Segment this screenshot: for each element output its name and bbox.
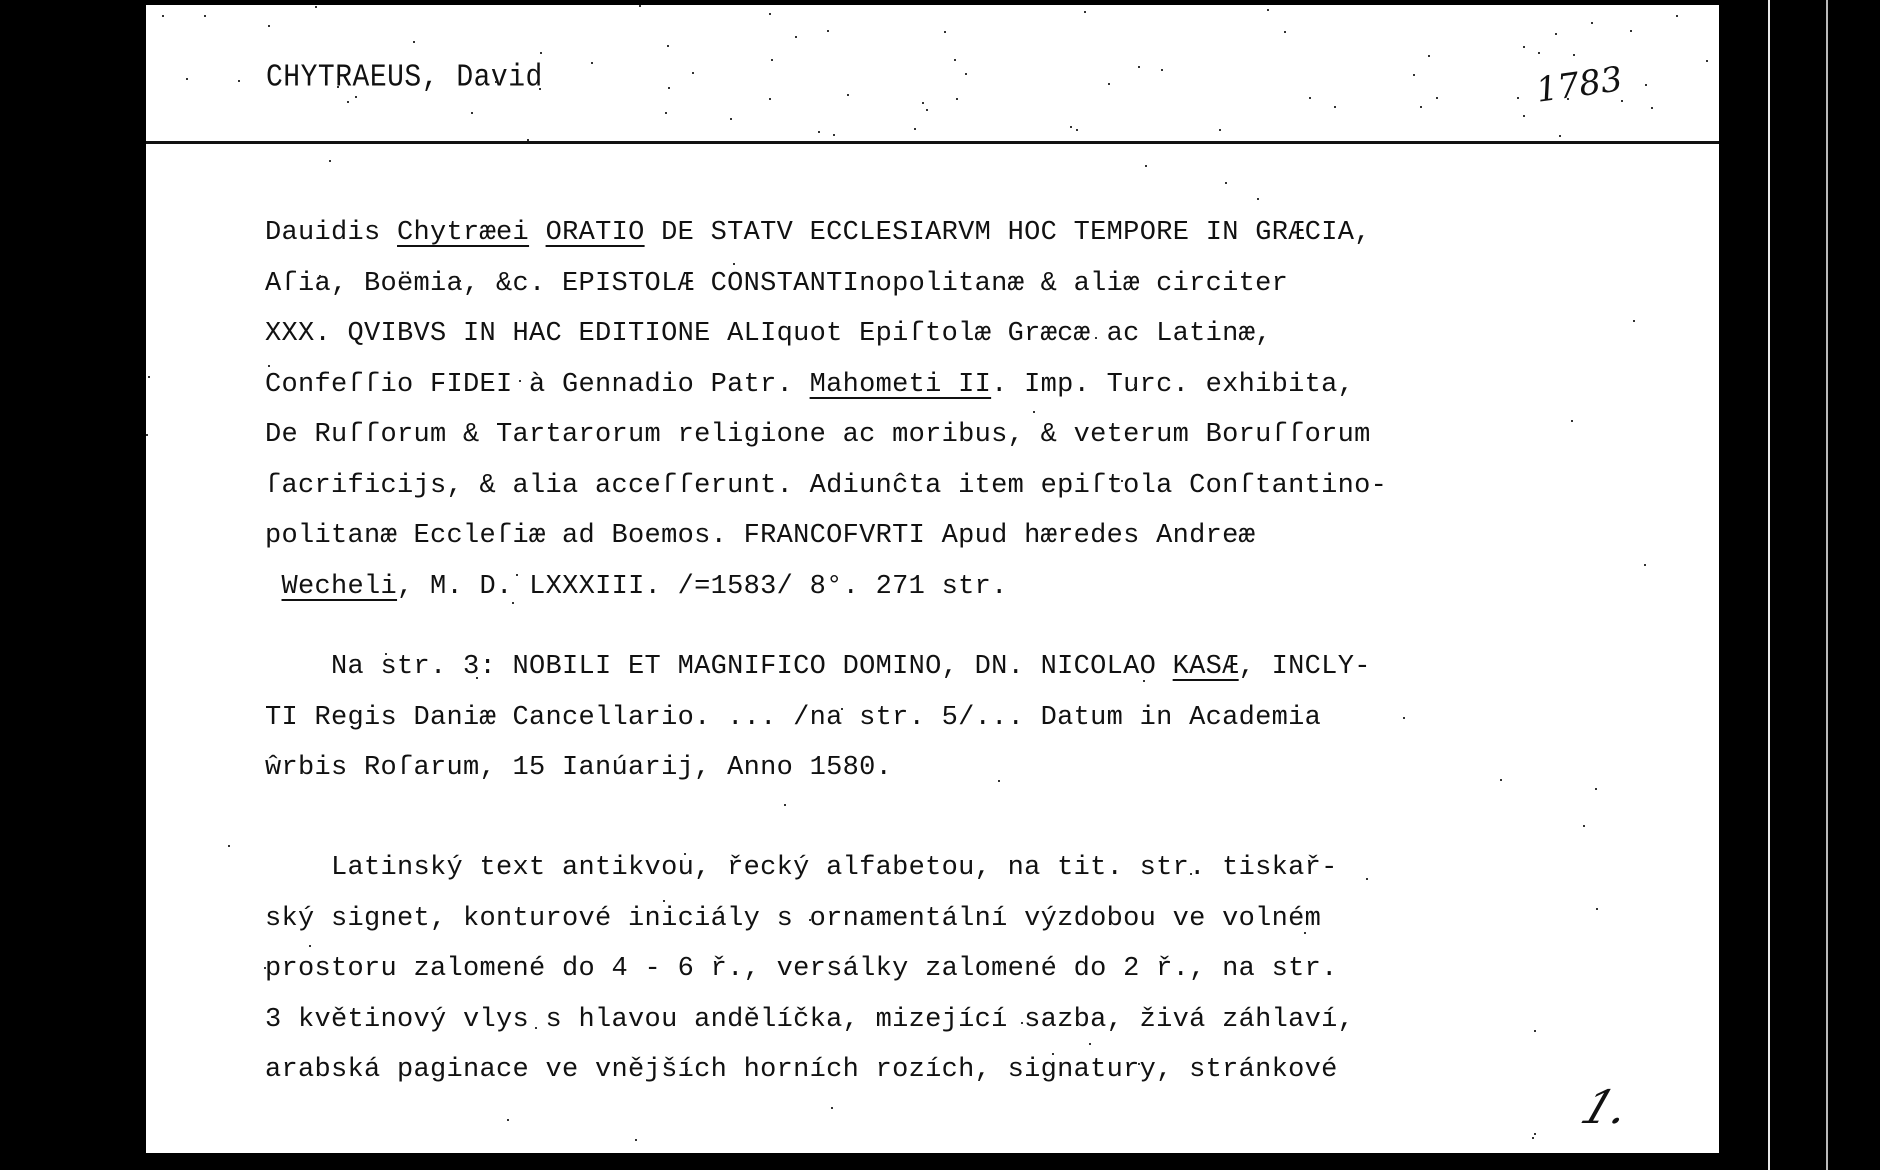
underlined-term: ORATIO bbox=[546, 218, 645, 248]
text-line: 3 květinový vlys s hlavou andělíčka, miz… bbox=[265, 995, 1685, 1046]
text-line: ŵrbis Roſarum, 15 Ianúarij, Anno 1580. bbox=[265, 743, 1685, 794]
underlined-term: KASÆ bbox=[1173, 652, 1239, 682]
underlined-term: Mahometi II bbox=[810, 370, 992, 400]
catalog-card: CHYTRAEUS, David 1783 Dauidis Chytræei O… bbox=[146, 5, 1719, 1153]
text-line: Wecheli, M. D. LXXXIII. /=1583/ 8°. 271 … bbox=[265, 562, 1685, 613]
text-line: ský signet, konturové iniciály s ornamen… bbox=[265, 894, 1685, 945]
heading-divider bbox=[146, 141, 1719, 144]
text-line: arabská paginace ve vnějších horních roz… bbox=[265, 1045, 1685, 1096]
typographic-description: Latinský text antikvou, řecký alfabetou,… bbox=[265, 843, 1685, 1096]
text-line: De Ruſſorum & Tartarorum religione ac mo… bbox=[265, 410, 1685, 461]
scan-artifact-line bbox=[1768, 0, 1770, 1170]
handwritten-catalog-number: 1783 bbox=[1534, 59, 1625, 111]
text-line: Aſia, Boëmia, &c. EPISTOLÆ CONSTANTInopo… bbox=[265, 259, 1685, 310]
text-line: Na str. 3: NOBILI ET MAGNIFICO DOMINO, D… bbox=[265, 642, 1685, 693]
text-line: Dauidis Chytræei ORATIO DE STATV ECCLESI… bbox=[265, 208, 1685, 259]
underlined-term: Wecheli bbox=[282, 572, 398, 602]
text-line: ſacrificijs, & alia acceſſerunt. Adiunĉt… bbox=[265, 461, 1685, 512]
underlined-term: Chytræei bbox=[397, 218, 529, 248]
text-line: TI Regis Daniæ Cancellario. ... /na str.… bbox=[265, 693, 1685, 744]
bibliographic-description: Dauidis Chytræei ORATIO DE STATV ECCLESI… bbox=[265, 208, 1685, 612]
text-line: prostoru zalomené do 4 - 6 ř., versálky … bbox=[265, 944, 1685, 995]
text-line: XXX. QVIBVS IN HAC EDITIONE ALIquot Epiſ… bbox=[265, 309, 1685, 360]
text-line: Confeſſio FIDEI à Gennadio Patr. Mahomet… bbox=[265, 360, 1685, 411]
author-heading: CHYTRAEUS, David bbox=[266, 61, 543, 96]
text-line: politanæ Eccleſiæ ad Boemos. FRANCOFVRTI… bbox=[265, 511, 1685, 562]
scan-artifact-line bbox=[1826, 0, 1828, 1170]
dedication-note: Na str. 3: NOBILI ET MAGNIFICO DOMINO, D… bbox=[265, 642, 1685, 794]
text-line: Latinský text antikvou, řecký alfabetou,… bbox=[265, 843, 1685, 894]
